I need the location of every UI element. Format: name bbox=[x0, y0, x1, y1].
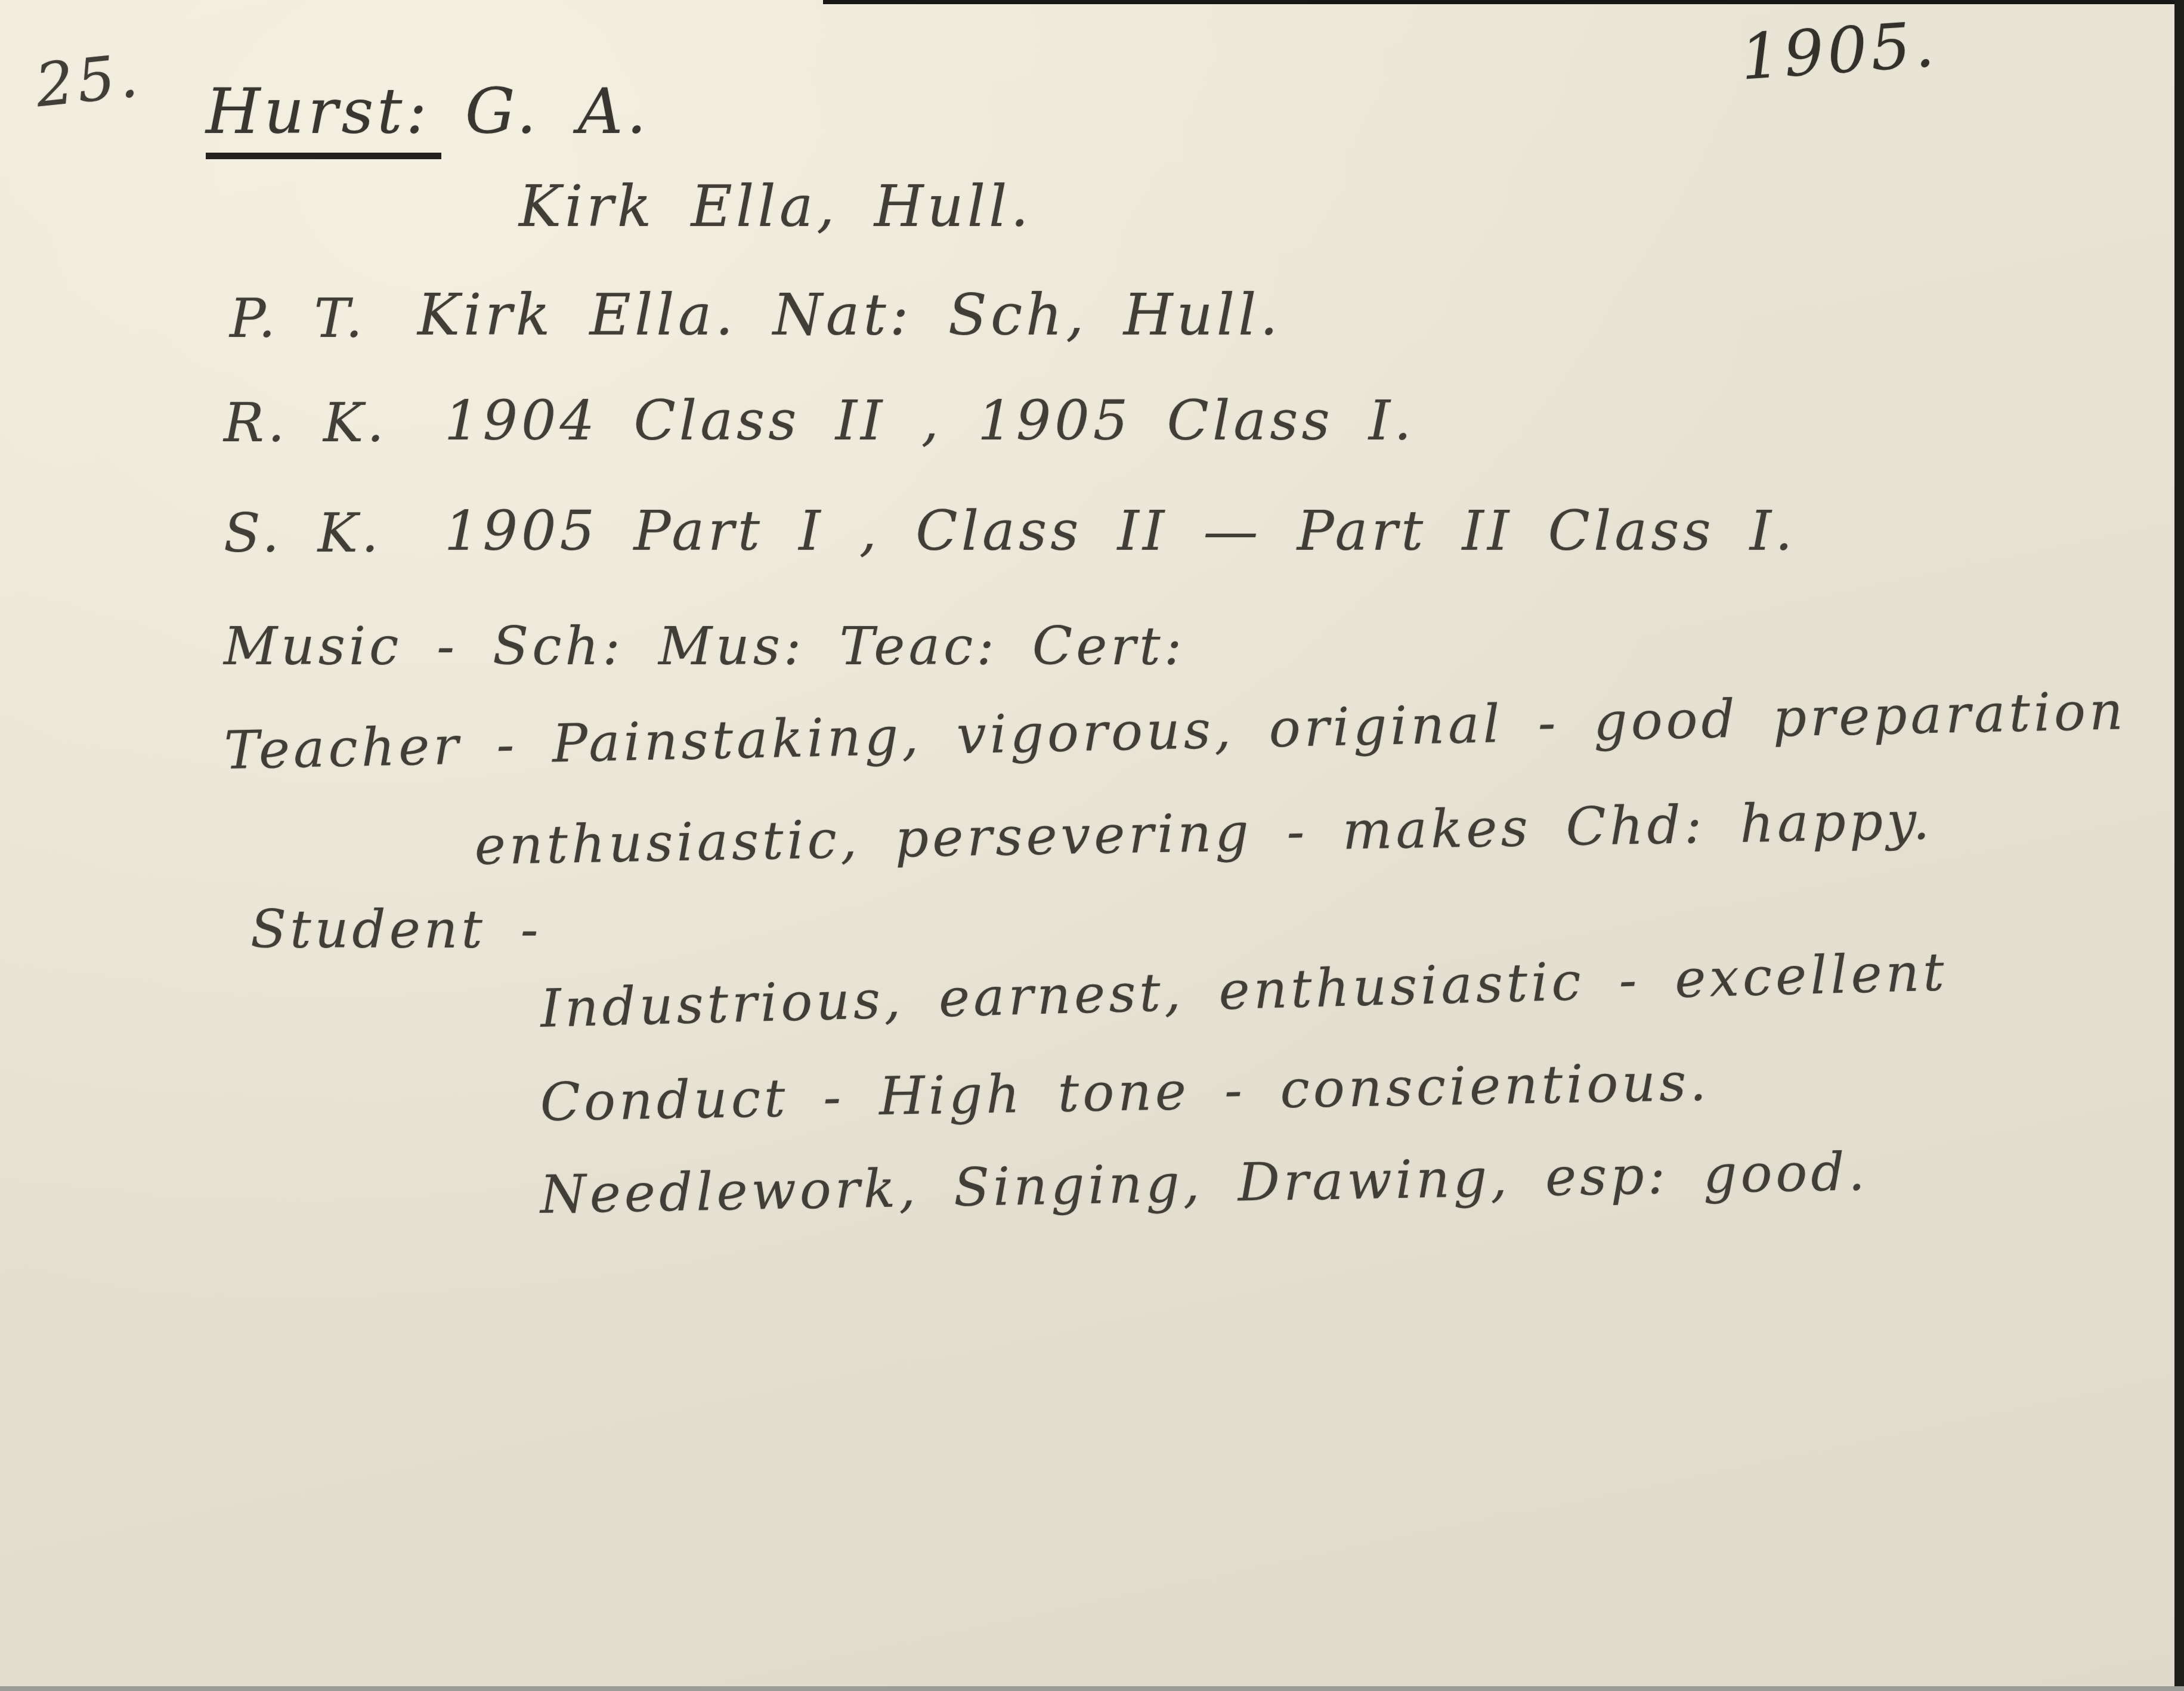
rk-text: 1904 Class II , 1905 Class I. bbox=[444, 394, 1415, 448]
student-initials: G. A. bbox=[465, 75, 650, 148]
scan-edge-right bbox=[2174, 0, 2184, 1691]
pt-text: Kirk Ella. Nat: Sch, Hull. bbox=[417, 287, 1282, 344]
record-index-number: 25. bbox=[33, 45, 144, 116]
sk-text: 1905 Part I , Class II — Part II Class I… bbox=[444, 504, 1796, 559]
scan-edge-bottom bbox=[0, 1686, 2184, 1691]
scanned-record-card-page: 25. 1905. Hurst:G. A. Kirk Ella, Hull. P… bbox=[0, 0, 2184, 1691]
student-name-line: Hurst:G. A. bbox=[206, 80, 650, 159]
pt-label: P. T. bbox=[230, 292, 366, 346]
student-surname: Hurst: bbox=[206, 80, 441, 159]
address-line: Kirk Ella, Hull. bbox=[519, 179, 1032, 236]
music-line: Music - Sch: Mus: Teac: Cert: bbox=[224, 620, 1185, 673]
student-section-label: Student - bbox=[250, 903, 542, 956]
year-label: 1905. bbox=[1738, 13, 1939, 89]
rk-label: R. K. bbox=[224, 397, 388, 450]
scan-edge-top bbox=[823, 0, 2184, 4]
sk-label: S. K. bbox=[224, 507, 382, 560]
